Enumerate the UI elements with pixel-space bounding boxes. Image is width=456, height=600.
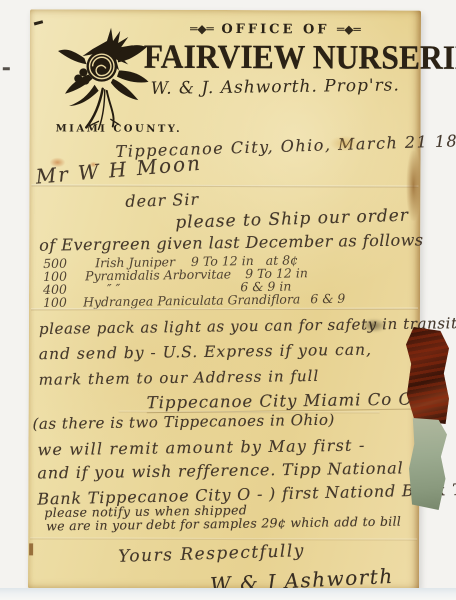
office-of-line: ═◆═ OFFICE OF ═◆═ [134, 22, 417, 38]
letter-paper: ═◆═ OFFICE OF ═◆═ FAIRVIEW NURSERIES, W.… [28, 9, 421, 589]
fold-crease [31, 184, 418, 187]
order-size: 6 & 9 [310, 291, 345, 306]
opening-line-2: of Evergreen given last December as foll… [39, 230, 424, 254]
edge-stain [406, 151, 420, 221]
scanned-letter-page: ═◆═ OFFICE OF ═◆═ FAIRVIEW NURSERIES, W.… [0, 0, 456, 600]
pack-line-3: mark them to our Address in full [39, 367, 320, 389]
ornament-flourish-left: ═◆═ [190, 22, 214, 36]
ink-mark [34, 20, 43, 25]
pack-line-2: and send by - U.S. Express if you can, [39, 341, 372, 364]
order-row: 100Hydrangea Paniculata Grandiflora6 & 9 [43, 291, 345, 308]
proprietors-line: W. & J. Ashworth. Prop'rs. [134, 75, 417, 99]
address-line: Tippecanoe City Miami Co Ohio [147, 389, 443, 413]
salutation-line: dear Sir [125, 190, 199, 211]
rust-stain [89, 162, 97, 168]
fold-crease [30, 537, 417, 540]
edge-mark [29, 543, 33, 555]
remit-line: we will remit amount by May first - [37, 436, 365, 460]
stray-mark [3, 67, 10, 70]
letterhead: ═◆═ OFFICE OF ═◆═ FAIRVIEW NURSERIES, W.… [134, 22, 417, 98]
address-note-line: (as there is two Tippecanoes in Ohio) [32, 411, 334, 433]
order-name: Hydrangea Paniculata Grandiflora [83, 291, 301, 309]
opening-line-1: please to Ship our order [175, 206, 409, 233]
scanner-edge-band [0, 588, 456, 600]
company-name: FAIRVIEW NURSERIES, [144, 42, 407, 75]
foxing-stain [330, 135, 360, 151]
order-list: 500Irish Juniper9 To 12 inat 8¢ 100Pyram… [43, 253, 345, 306]
valediction: Yours Respectfully [118, 541, 305, 567]
ornament-flourish-right: ═◆═ [337, 22, 361, 36]
fold-crease [31, 308, 418, 311]
office-of-label: OFFICE OF [221, 22, 329, 37]
torn-fragment-green [409, 418, 447, 510]
rust-stain [49, 157, 65, 167]
ink-smudge [361, 318, 387, 332]
reference-line-1: and if you wish refference. Tipp Nationa… [37, 458, 403, 482]
county-label: MIAMI COUNTY. [56, 123, 183, 134]
pack-line-1: please pack as light as you can for safe… [39, 314, 456, 338]
torn-fragment-dark [406, 327, 449, 424]
